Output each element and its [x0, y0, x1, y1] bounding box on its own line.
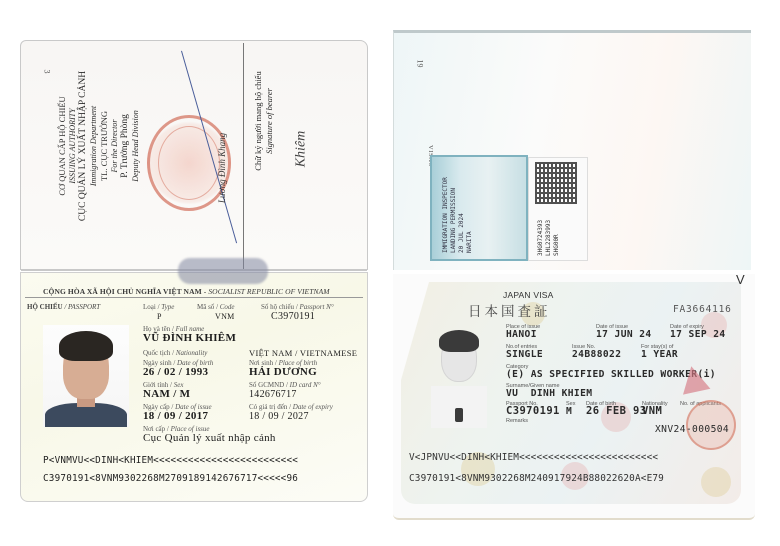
- stay-value: 1 YEAR: [641, 351, 678, 358]
- visa-number: FA3664116: [673, 304, 732, 315]
- for-director-vi: TL. CỤC TRƯỞNG: [99, 51, 110, 241]
- corner-mark: V: [736, 272, 745, 287]
- deputy-vi: P. Trưởng Phòng: [120, 51, 131, 241]
- bearer-signature-label-en: Signature of bearer: [264, 61, 275, 181]
- header-divider: [25, 297, 363, 298]
- visa-title: JAPAN VISA: [503, 290, 554, 300]
- sex-value: NAM / M: [143, 390, 190, 399]
- place-of-issue-value: HANOI: [506, 331, 540, 338]
- code-field: Mã số / Code VNM: [197, 303, 235, 321]
- deputy-en: Deputy Head Division: [131, 51, 142, 241]
- landing-permission-sticker: IMMIGRATION INSPECTOR LANDING PERMISSION…: [430, 155, 528, 261]
- bearer-signature: Khiêm: [293, 131, 309, 168]
- issue-no-field: Issue No. 24B88022: [572, 344, 621, 358]
- dob-value: 26 FEB 93: [586, 408, 647, 415]
- bearer-signature-block: Chữ ký người mang hộ chiếu Signature of …: [253, 61, 275, 181]
- date-of-issue-field: Date of issue 17 JUN 24: [596, 324, 652, 338]
- doc-label-vi: HỘ CHIẾU: [27, 303, 63, 311]
- passport-no-field: Số hộ chiếu / Passport N° C3970191: [261, 303, 334, 321]
- qr-sticker: 3HG0724393 LHL2283993 SHG00R: [528, 157, 588, 261]
- entries-field: No.of entries SINGLE: [506, 344, 543, 358]
- country-header: CỘNG HÒA XÃ HỘI CHỦ NGHĨA VIỆT NAM - SOC…: [43, 287, 330, 296]
- holder-photo: [43, 325, 129, 427]
- page-number: 3: [43, 70, 52, 74]
- issue-date-value: 18 / 09 / 2017: [143, 412, 212, 421]
- issuing-authority-block: CƠ QUAN CẤP HỘ CHIẾU ISSUING AUTHORITY C…: [57, 51, 141, 241]
- qr-code-icon: [535, 162, 577, 204]
- visa-holder-photo: [431, 324, 487, 428]
- dob-value: 26 / 02 / 1993: [143, 368, 213, 377]
- issuing-authority-en: ISSUING AUTHORITY: [68, 51, 79, 241]
- sex-field: Giới tính / Sex NAM / M: [143, 381, 190, 399]
- bearer-signature-label-vi: Chữ ký người mang hộ chiếu: [253, 61, 264, 181]
- doc-label: HỘ CHIẾU / PASSPORT: [27, 303, 100, 311]
- date-of-issue-value: 17 JUN 24: [596, 331, 652, 338]
- type-value: P: [143, 312, 174, 321]
- place-of-issue-field: Place of issue HANOI: [506, 324, 540, 338]
- visa-mrz-line-1: V<JPNVU<<DINH<KHIEM<<<<<<<<<<<<<<<<<<<<<…: [409, 452, 658, 463]
- passport-no-value: C3970191: [506, 408, 560, 415]
- signer-name: Lương Đình Khang: [217, 103, 227, 233]
- expiry-field: Có giá trị đến / Date of expiry 18 / 09 …: [249, 403, 333, 421]
- for-director-en: For the Director: [110, 51, 121, 241]
- name-value: VU DINH KHIEM: [506, 390, 592, 397]
- redacted-area: [178, 258, 268, 284]
- code-value: VNM: [197, 312, 235, 321]
- entries-value: SINGLE: [506, 351, 543, 358]
- remarks-label: Remarks: [506, 418, 528, 425]
- country-vi: CỘNG HÒA XÃ HỘI CHỦ NGHĨA VIỆT NAM: [43, 287, 202, 296]
- pob-value: HẢI DƯƠNG: [249, 368, 317, 377]
- passport-no-field: Passport No. C3970191: [506, 401, 560, 415]
- visa-upper-page: 19 VISAS IMMIGRATION INSPECTOR LANDING P…: [393, 30, 751, 270]
- full-name-field: Họ và tên / Full name VŨ ĐÌNH KHIÊM: [143, 325, 236, 343]
- issuing-authority-vi: CƠ QUAN CẤP HỘ CHIẾU: [57, 51, 68, 241]
- department-vi: CỤC QUẢN LÝ XUẤT NHẬP CẢNH: [78, 51, 89, 241]
- id-field: Số GCMND / ID card N° 142676717: [249, 381, 321, 399]
- nationality-label: Quốc tịch / Nationality: [143, 349, 207, 358]
- type-field: Loại / Type P: [143, 303, 174, 321]
- nationality-value: VIỆT NAM / VIETNAMESE: [249, 349, 357, 358]
- full-name-value: VŨ ĐÌNH KHIÊM: [143, 334, 236, 343]
- issue-no-value: 24B88022: [572, 351, 621, 358]
- expiry-value: 18 / 09 / 2027: [249, 412, 333, 421]
- mrz-line-1: P<VNMVU<<DINH<KHIEM<<<<<<<<<<<<<<<<<<<<<…: [43, 455, 298, 466]
- country-en: SOCIALIST REPUBLIC OF VIETNAM: [208, 287, 329, 296]
- page-number: 19: [416, 60, 425, 68]
- doc-label-en: PASSPORT: [68, 303, 100, 311]
- visa-mrz-line-2: C3970191<8VNM9302268M240917924B88022620A…: [409, 473, 664, 484]
- name-field: Surname/Given name VU DINH KHIEM: [506, 383, 592, 397]
- date-of-expiry-value: 17 SEP 24: [670, 331, 726, 338]
- issue-place-value: Cục Quản lý xuất nhập cảnh: [143, 434, 276, 443]
- visa-title-kanji: 日本国査証: [468, 300, 551, 320]
- department-en: Immigration Department: [89, 51, 100, 241]
- id-value: 142676717: [249, 390, 321, 399]
- mrz-line-2: C3970191<8VNM9302268M2709189142676717<<<…: [43, 473, 298, 484]
- stay-field: For stay(s) of 1 YEAR: [641, 344, 678, 358]
- passport-data-page: CỘNG HÒA XÃ HỘI CHỦ NGHĨA VIỆT NAM - SOC…: [20, 272, 368, 502]
- passport-no-value: C3970191: [261, 312, 334, 321]
- date-of-expiry-field: Date of expiry 17 SEP 24: [670, 324, 726, 338]
- issue-date-field: Ngày cấp / Date of issue 18 / 09 / 2017: [143, 403, 212, 421]
- page-divider: [243, 43, 244, 269]
- sex-field: Sex M: [566, 401, 575, 415]
- dob-field: Ngày sinh / Date of birth 26 / 02 / 1993: [143, 359, 213, 377]
- nationality-field: Nationality VNM: [642, 401, 668, 415]
- issue-place-field: Nơi cấp / Place of issue Cục Quản lý xuấ…: [143, 425, 276, 443]
- pob-field: Nơi sinh / Place of birth HẢI DƯƠNG: [249, 359, 317, 377]
- remarks-code: XNV24-000504: [655, 426, 729, 433]
- dob-field: Date of birth 26 FEB 93: [586, 401, 647, 415]
- sex-value: M: [566, 408, 575, 415]
- nationality-value: VNM: [642, 408, 668, 415]
- passport-authority-page: 3 CƠ QUAN CẤP HỘ CHIẾU ISSUING AUTHORITY…: [20, 40, 368, 270]
